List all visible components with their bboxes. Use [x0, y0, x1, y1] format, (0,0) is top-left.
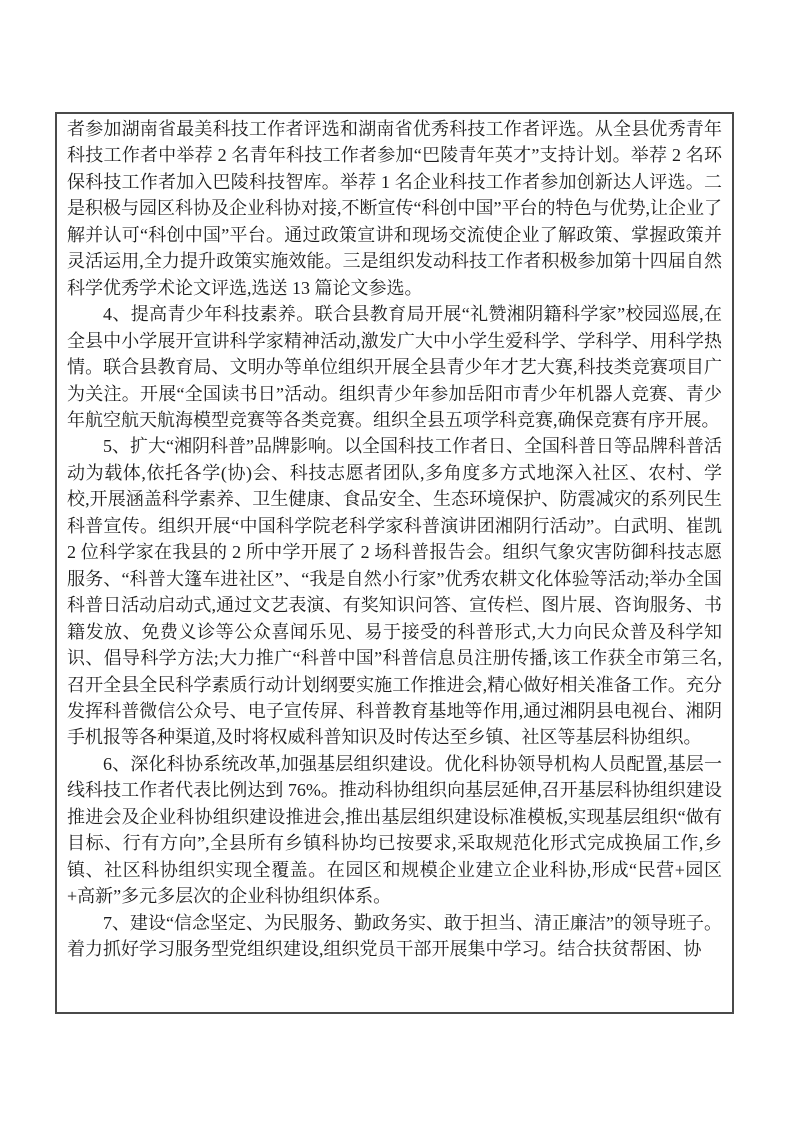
paragraph-continued-from-previous-page: 者参加湖南省最美科技工作者评选和湖南省优秀科技工作者评选。从全县优秀青年科技工作… — [67, 116, 722, 301]
document-page: 者参加湖南省最美科技工作者评选和湖南省优秀科技工作者评选。从全县优秀青年科技工作… — [0, 0, 793, 1122]
paragraph-item-7-leadership-team-building: 7、建设“信念坚定、为民服务、勤政务实、敢于担当、清正廉洁”的领导班子。着力抓好… — [67, 910, 722, 963]
paragraph-item-5-science-popularization-brand: 5、扩大“湘阴科普”品牌影响。以全国科技工作者日、全国科普日等品牌科普活动为载体… — [67, 433, 722, 750]
paragraph-item-6-grassroots-organization-reform: 6、深化科协系统改革,加强基层组织建设。优化科协领导机构人员配置,基层一线科技工… — [67, 751, 722, 910]
paragraph-item-4-youth-science-literacy: 4、提高青少年科技素养。联合县教育局开展“礼赞湘阴籍科学家”校园巡展,在全县中小… — [67, 301, 722, 433]
table-cell-border: 者参加湖南省最美科技工作者评选和湖南省优秀科技工作者评选。从全县优秀青年科技工作… — [55, 112, 734, 1014]
